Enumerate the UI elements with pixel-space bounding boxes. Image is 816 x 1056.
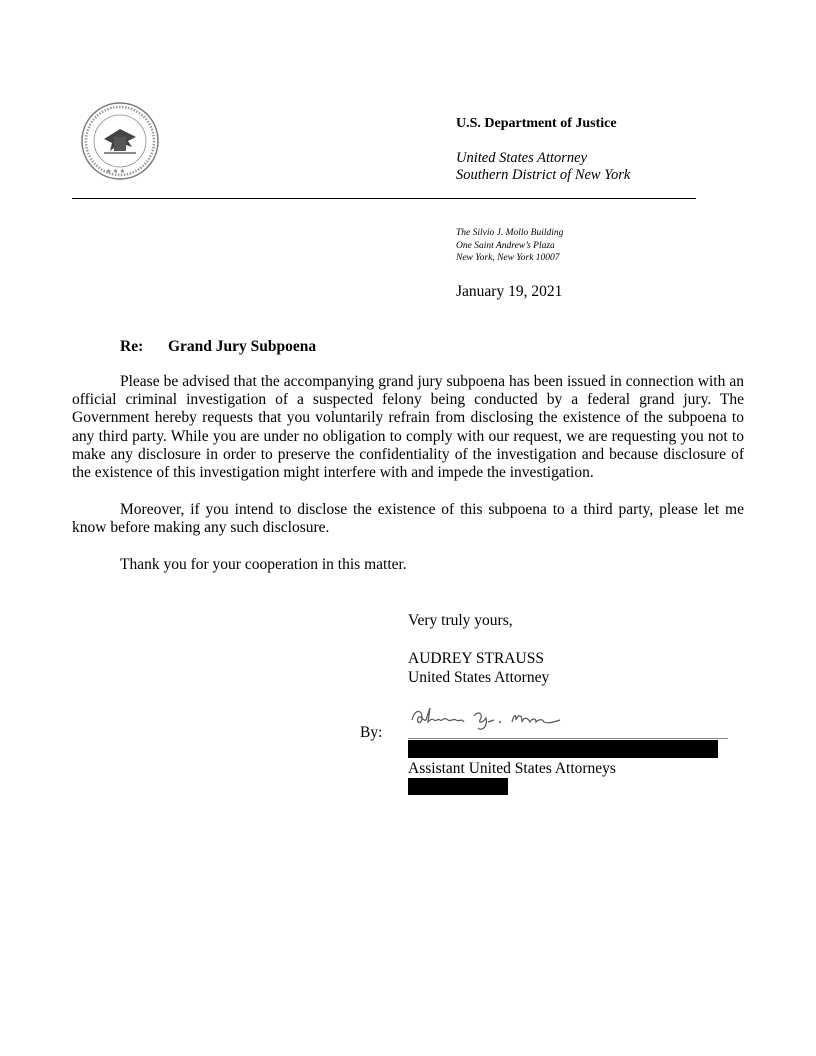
- body-paragraph: Please be advised that the accompanying …: [72, 373, 744, 482]
- signer: AUDREY STRAUSS United States Attorney: [408, 650, 549, 687]
- signature-line: [408, 738, 728, 739]
- redacted-attorney-names: [408, 740, 718, 758]
- office-name: United States Attorney Southern District…: [456, 150, 630, 184]
- office-line: United States Attorney: [456, 150, 630, 167]
- body-paragraph: Thank you for your cooperation in this m…: [72, 556, 744, 574]
- assistants-title: Assistant United States Attorneys: [408, 760, 616, 778]
- subject-line: Re:Grand Jury Subpoena: [120, 338, 316, 356]
- svg-text:★ ★ ★: ★ ★ ★: [106, 168, 125, 175]
- redacted-contact: [408, 778, 508, 795]
- address-line: One Saint Andrew’s Plaza: [456, 240, 563, 253]
- by-label: By:: [360, 724, 382, 742]
- signer-name: AUDREY STRAUSS: [408, 650, 549, 669]
- address-line: The Silvio J. Mollo Building: [456, 227, 563, 240]
- signer-title: United States Attorney: [408, 669, 549, 688]
- closing: Very truly yours,: [408, 612, 513, 630]
- department-of-justice-seal-icon: ★ ★ ★: [74, 101, 166, 181]
- office-address: The Silvio J. Mollo Building One Saint A…: [456, 227, 563, 265]
- body-paragraph: Moreover, if you intend to disclose the …: [72, 501, 744, 537]
- letterhead-divider: [72, 198, 696, 199]
- handwritten-signature: [408, 700, 578, 734]
- department-name: U.S. Department of Justice: [456, 116, 617, 132]
- subject-label: Re:: [120, 338, 168, 356]
- subject-text: Grand Jury Subpoena: [168, 338, 316, 355]
- office-line: Southern District of New York: [456, 167, 630, 184]
- letter-date: January 19, 2021: [456, 283, 562, 301]
- address-line: New York, New York 10007: [456, 252, 563, 265]
